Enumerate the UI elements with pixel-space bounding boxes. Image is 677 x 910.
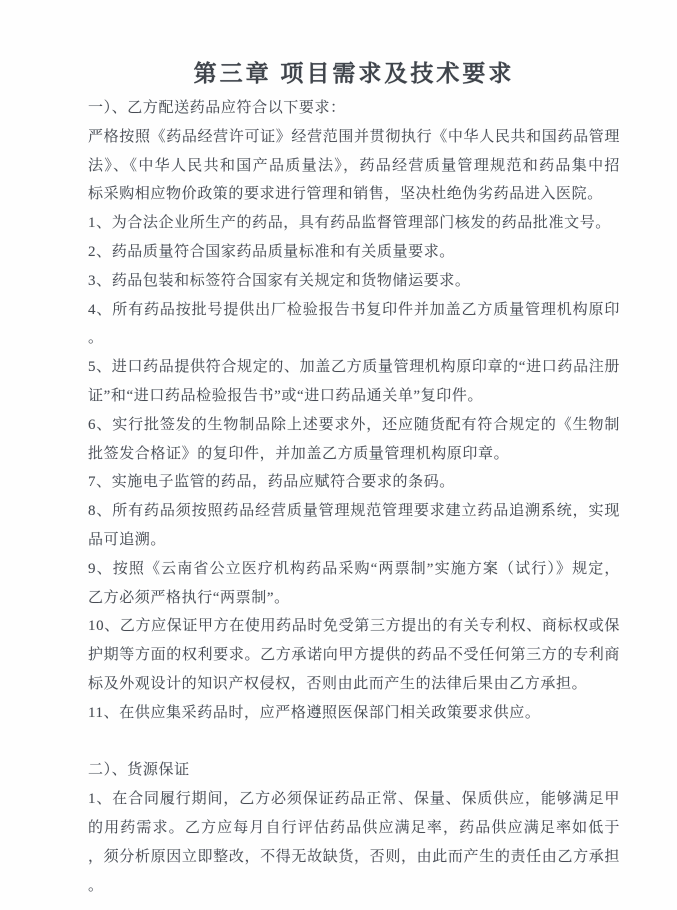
text-line: 3、药品包装和标签符合国家有关规定和货物储运要求。 bbox=[88, 267, 620, 296]
text-line: 7、实施电子监管的药品，药品应赋符合要求的条码。 bbox=[88, 468, 620, 497]
text-line: 证”和“进口药品检验报告书”或“进口药品通关单”复印件。 bbox=[88, 382, 620, 411]
text-line: 9、按照《云南省公立医疗机构药品采购“两票制”实施方案（试行）》规定， bbox=[88, 555, 620, 584]
text-line: 法》、《中华人民共和国产品质量法》，药品经营质量管理规范和药品集中招 bbox=[88, 152, 620, 181]
document-page: 第三章 项目需求及技术要求 一）、乙方配送药品应符合以下要求：严格按照《药品经营… bbox=[0, 0, 677, 910]
text-line: 6、实行批签发的生物制品除上述要求外，还应随货配有符合规定的《生物制品 bbox=[88, 411, 620, 440]
text-line: 。 bbox=[88, 324, 620, 353]
document-body: 一）、乙方配送药品应符合以下要求：严格按照《药品经营许可证》经营范围并贯彻执行《… bbox=[88, 94, 620, 900]
blank-line bbox=[88, 728, 620, 757]
text-line: 5、进口药品提供符合规定的、加盖乙方质量管理机构原印章的“进口药品注册 bbox=[88, 353, 620, 382]
text-line: 10、乙方应保证甲方在使用药品时免受第三方提出的有关专利权、商标权或保 bbox=[88, 612, 620, 641]
chapter-title: 第三章 项目需求及技术要求 bbox=[88, 55, 620, 88]
text-line: 批签发合格证》的复印件，并加盖乙方质量管理机构原印章。 bbox=[88, 440, 620, 469]
text-line: 一）、乙方配送药品应符合以下要求： bbox=[88, 94, 620, 123]
text-line: 乙方必须严格执行“两票制”。 bbox=[88, 584, 620, 613]
text-line: 2、药品质量符合国家药品质量标准和有关质量要求。 bbox=[88, 238, 620, 267]
text-line: ，须分析原因立即整改，不得无故缺货，否则，由此而产生的责任由乙方承担 bbox=[88, 843, 620, 872]
text-line: 二）、货源保证 bbox=[88, 756, 620, 785]
text-line: 11、在供应集采药品时，应严格遵照医保部门相关政策要求供应。 bbox=[88, 699, 620, 728]
text-line: 1、在合同履行期间，乙方必须保证药品正常、保量、保质供应，能够满足甲方 bbox=[88, 785, 620, 814]
text-line: 的用药需求。乙方应每月自行评估药品供应满足率，药品供应满足率如低于95% bbox=[88, 814, 620, 843]
text-line: 8、所有药品须按照药品经营质量管理规范管理要求建立药品追溯系统，实现药 bbox=[88, 497, 620, 526]
text-line: 严格按照《药品经营许可证》经营范围并贯彻执行《中华人民共和国药品管理 bbox=[88, 123, 620, 152]
text-line: 4、所有药品按批号提供出厂检验报告书复印件并加盖乙方质量管理机构原印章 bbox=[88, 296, 620, 325]
text-line: 标及外观设计的知识产权侵权，否则由此而产生的法律后果由乙方承担。 bbox=[88, 670, 620, 699]
text-line: 品可追溯。 bbox=[88, 526, 620, 555]
text-line: 1、为合法企业所生产的药品，具有药品监督管理部门核发的药品批准文号。 bbox=[88, 209, 620, 238]
text-line: 标采购相应物价政策的要求进行管理和销售，坚决杜绝伪劣药品进入医院。 bbox=[88, 180, 620, 209]
text-line: 。 bbox=[88, 872, 620, 901]
text-line: 护期等方面的权利要求。乙方承诺向甲方提供的药品不受任何第三方的专利商 bbox=[88, 641, 620, 670]
